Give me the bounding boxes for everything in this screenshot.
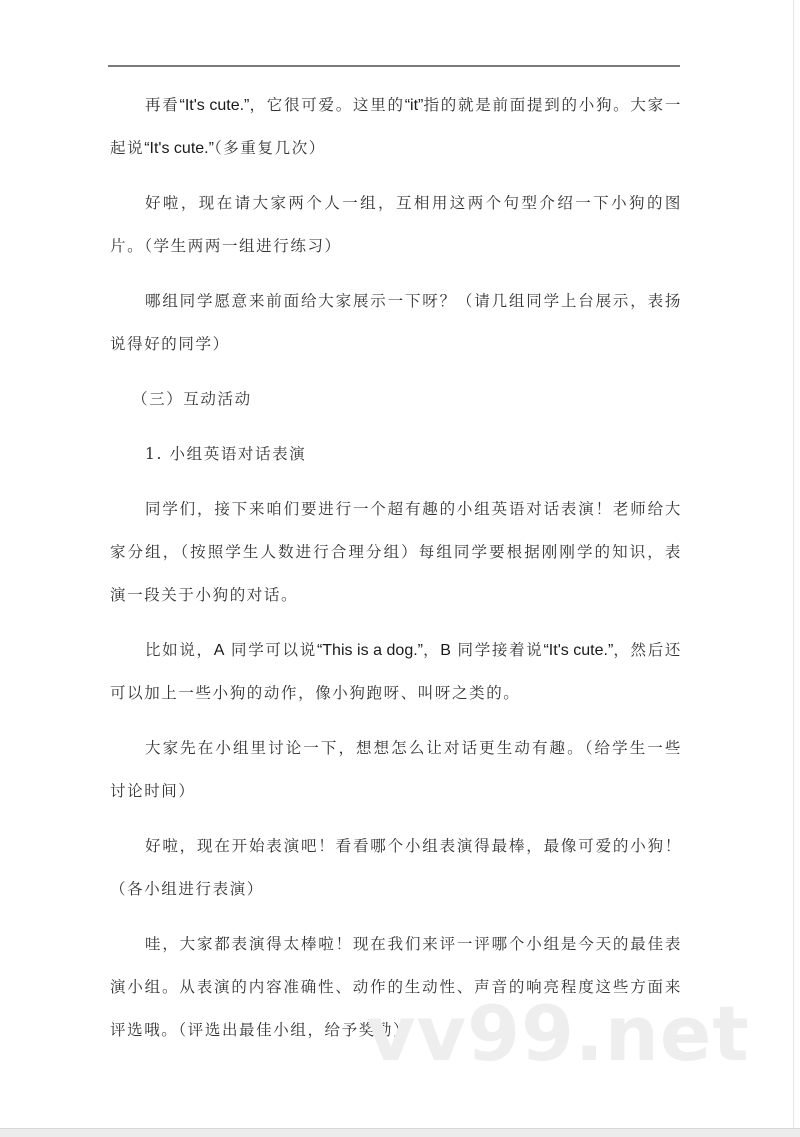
section-heading: （三）互动活动 [110, 378, 682, 421]
paragraph: 同学们，接下来咱们要进行一个超有趣的小组英语对话表演！老师给大家分组，（按照学生… [110, 488, 682, 617]
text-run: 同学们，接下来咱们要进行一个超有趣的小组英语对话表演！老师给大家分组，（按照学生… [110, 500, 682, 604]
paragraph: 哪组同学愿意来前面给大家展示一下呀？（请几组同学上台展示，表扬说得好的同学） [110, 280, 682, 366]
text-run: 哪组同学愿意来前面给大家展示一下呀？（请几组同学上台展示，表扬说得好的同学） [110, 292, 682, 353]
text-run: 大家先在小组里讨论一下，想想怎么让对话更生动有趣。（给学生一些讨论时间） [110, 739, 682, 800]
text-run: ，它很可爱。这里的 [249, 96, 404, 114]
text-run: （多重复几次） [214, 139, 326, 157]
page-bottom-edge [0, 1128, 800, 1137]
document-body: 再看“It's cute.”，它很可爱。这里的“it”指的就是前面提到的小狗。大… [110, 84, 682, 1064]
paragraph: 好啦，现在开始表演吧！看看哪个小组表演得最棒，最像可爱的小狗！（各小组进行表演） [110, 825, 682, 911]
paragraph: 大家先在小组里讨论一下，想想怎么让对话更生动有趣。（给学生一些讨论时间） [110, 727, 682, 813]
english-phrase: “it” [405, 97, 424, 114]
header-rule [108, 65, 680, 67]
text-run: 同学可以说 [224, 641, 317, 659]
subheading: 1. 小组英语对话表演 [110, 433, 682, 476]
watermark: vv99.net [366, 996, 750, 1072]
english-phrase: “It's cute.” [144, 140, 214, 157]
english-phrase: “This is a dog.” [317, 642, 423, 659]
paragraph: 比如说，A 同学可以说“This is a dog.”，B 同学接着说“It's… [110, 629, 682, 715]
paragraph: 再看“It's cute.”，它很可爱。这里的“it”指的就是前面提到的小狗。大… [110, 84, 682, 170]
text-run: 比如说， [145, 641, 214, 659]
text-run: 好啦，现在开始表演吧！看看哪个小组表演得最棒，最像可爱的小狗！（各小组进行表演） [110, 837, 682, 898]
text-run: 再看 [145, 96, 180, 114]
text-run: 好啦，现在请大家两个人一组，互相用这两个句型介绍一下小狗的图片。（学生两两一组进… [110, 194, 682, 255]
english-phrase: B [440, 642, 451, 659]
english-phrase: A [214, 642, 225, 659]
section-heading-text: （三）互动活动 [132, 390, 252, 408]
text-run: 同学接着说 [451, 641, 544, 659]
english-phrase: “It's cute.” [543, 642, 613, 659]
subheading-text: 1. 小组英语对话表演 [145, 445, 306, 463]
text-run: ， [423, 641, 440, 659]
paragraph: 好啦，现在请大家两个人一组，互相用这两个句型介绍一下小狗的图片。（学生两两一组进… [110, 182, 682, 268]
english-phrase: “It's cute.” [180, 97, 250, 114]
document-page: 再看“It's cute.”，它很可爱。这里的“it”指的就是前面提到的小狗。大… [0, 0, 794, 1128]
